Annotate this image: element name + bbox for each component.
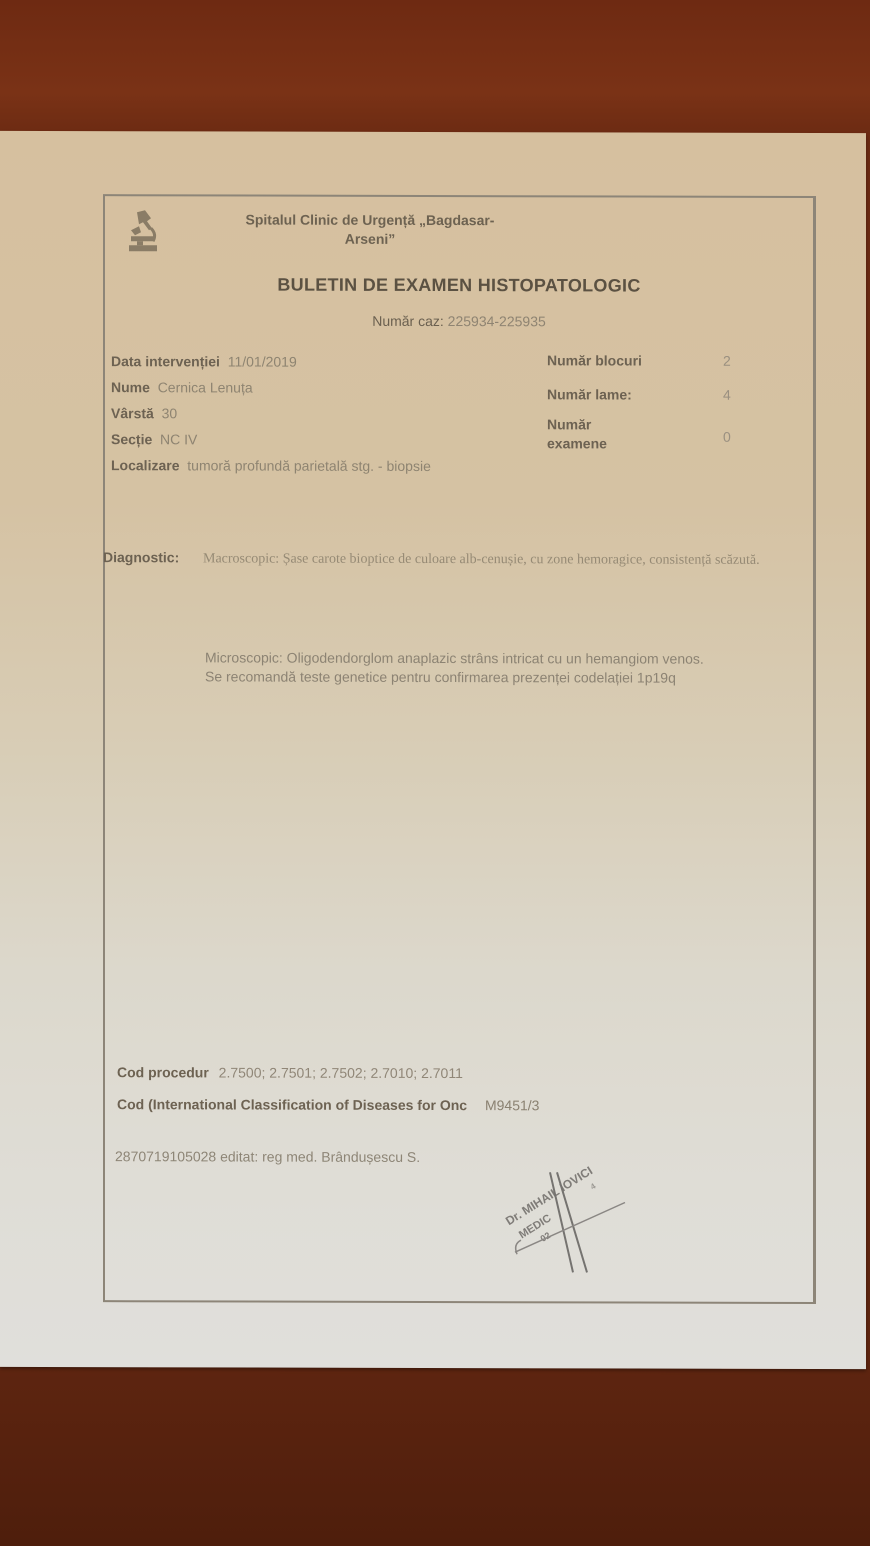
diagnostic-section: Diagnostic: Macroscopic: Șase carote bio… <box>103 549 783 551</box>
microscopic-text: Microscopic: Oligodendorglom anaplazic s… <box>205 648 765 668</box>
intervention-date-row: Data intervenției 11/01/2019 <box>111 348 431 375</box>
microscopic-section: Microscopic: Oligodendorglom anaplazic s… <box>205 648 765 687</box>
macroscopic-text: Macroscopic: Șase carote bioptice de cul… <box>203 549 763 570</box>
intervention-date-label: Data intervenției <box>111 353 220 369</box>
section-row: Secție NC IV <box>111 426 431 453</box>
patient-fields: Data intervenției 11/01/2019 Nume Cernic… <box>111 348 431 479</box>
exams-label-line2: examene <box>547 434 747 454</box>
slides-label: Număr lame: <box>547 386 632 402</box>
document-page: Spitalul Clinic de Urgență „Bagdasar- Ar… <box>0 131 866 1369</box>
age-row: Vârstă 30 <box>111 400 431 427</box>
procedure-code-row: Cod procedur 2.7500; 2.7501; 2.7502; 2.7… <box>117 1056 539 1089</box>
editor-line: 2870719105028 editat: reg med. Brândușes… <box>115 1148 420 1165</box>
case-number-label: Număr caz: <box>372 313 444 329</box>
exams-row: Număr examene 0 <box>547 415 747 456</box>
procedure-code-label: Cod procedur <box>117 1064 209 1080</box>
icd-code-label: Cod (International Classification of Dis… <box>117 1096 467 1113</box>
case-number: Număr caz: 225934-225935 <box>105 312 813 330</box>
name-label: Nume <box>111 379 150 395</box>
codes-section: Cod procedur 2.7500; 2.7501; 2.7502; 2.7… <box>117 1056 539 1121</box>
age-value: 30 <box>162 405 178 421</box>
hospital-name: Spitalul Clinic de Urgență „Bagdasar- Ar… <box>200 210 540 249</box>
slides-value: 4 <box>723 382 731 408</box>
doctor-stamp-signature: Dr. MIHAIL IOVICI MEDIC 4 02 <box>495 1132 645 1282</box>
procedure-code-value: 2.7500; 2.7501; 2.7502; 2.7010; 2.7011 <box>219 1064 463 1081</box>
exams-value: 0 <box>723 428 731 447</box>
section-value: NC IV <box>160 431 197 447</box>
blocks-label: Număr blocuri <box>547 352 642 368</box>
blocks-row: Număr blocuri 2 <box>547 347 747 382</box>
name-row: Nume Cernica Lenuța <box>111 374 431 401</box>
blocks-value: 2 <box>723 348 731 374</box>
microscope-icon <box>125 208 161 252</box>
section-label: Secție <box>111 431 152 447</box>
icd-code-value: M9451/3 <box>485 1097 539 1113</box>
case-number-value: 225934-225935 <box>448 313 546 329</box>
exams-label-line1: Număr <box>547 415 747 435</box>
icd-code-row: Cod (International Classification of Dis… <box>117 1088 539 1121</box>
recommendation-text: Se recomandă teste genetice pentru confi… <box>205 667 765 687</box>
document-title: BULETIN DE EXAMEN HISTOPATOLOGIC <box>105 274 813 297</box>
age-label: Vârstă <box>111 405 154 421</box>
report-frame: Spitalul Clinic de Urgență „Bagdasar- Ar… <box>103 194 816 1304</box>
location-row: Localizare tumoră profundă parietală stg… <box>111 452 431 479</box>
svg-text:4: 4 <box>589 1181 598 1191</box>
location-value: tumoră profundă parietală stg. - biopsie <box>187 457 431 474</box>
hospital-name-line2: Arseni” <box>200 229 540 249</box>
hospital-name-line1: Spitalul Clinic de Urgență „Bagdasar- <box>200 210 540 230</box>
intervention-date-value: 11/01/2019 <box>228 353 297 369</box>
name-value: Cernica Lenuța <box>158 379 253 395</box>
diagnostic-label: Diagnostic: <box>103 549 179 565</box>
slides-row: Număr lame: 4 <box>547 381 747 416</box>
sample-counts: Număr blocuri 2 Număr lame: 4 Număr exam… <box>547 347 747 456</box>
location-label: Localizare <box>111 457 179 473</box>
